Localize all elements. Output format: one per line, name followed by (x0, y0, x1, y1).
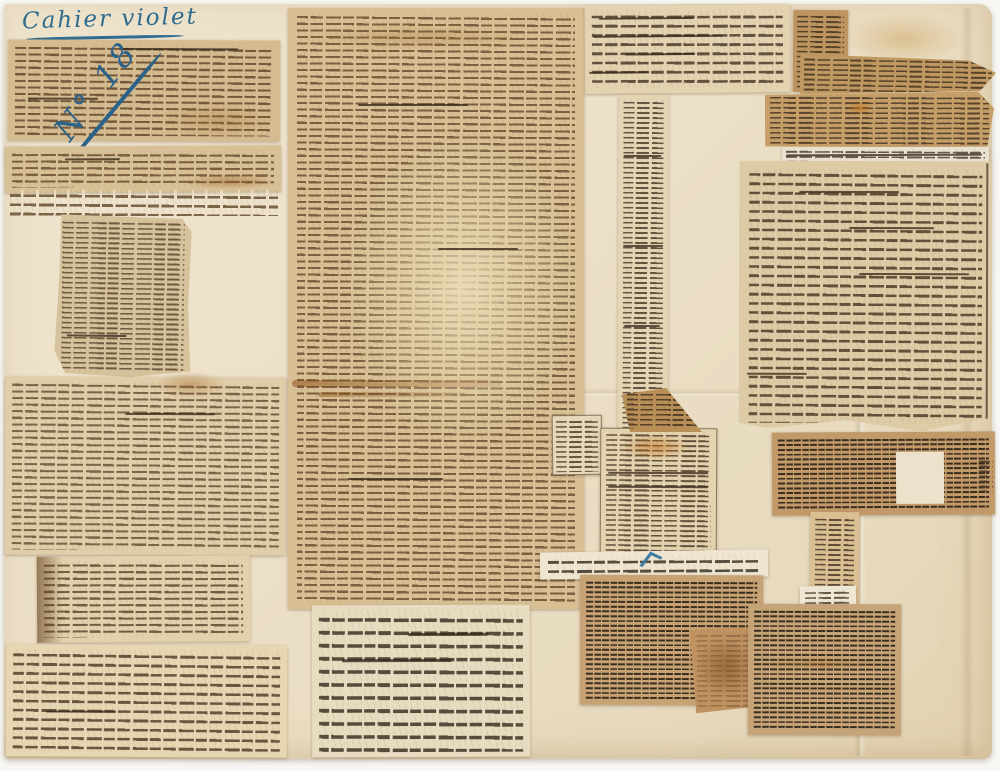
handwriting-texture (44, 560, 244, 637)
handwriting-texture (13, 649, 281, 752)
print-clipping-bottom (748, 604, 901, 736)
handwriting-texture (592, 9, 784, 89)
handwriting-texture (606, 432, 712, 555)
handwriting-texture (770, 94, 989, 145)
ink-frame-line (986, 163, 989, 422)
handwriting-texture (297, 14, 575, 603)
strikethrough-mark (342, 659, 452, 662)
fragment-central-sheet (288, 8, 584, 609)
print-texture (754, 608, 895, 731)
handwriting-texture (319, 610, 523, 753)
fragment-right-top-band (765, 91, 994, 148)
fragment-top-center-right-block (585, 4, 791, 94)
fragment-bottom-center-block (312, 605, 531, 758)
fragment-bottom-left-block (6, 644, 288, 757)
fragment-base-sheet-lines (10, 190, 278, 216)
fragment-small-framed-scrap (552, 415, 603, 476)
fragment-left-wide-block (5, 377, 287, 556)
handwriting-texture (61, 219, 185, 372)
handwriting-texture (804, 57, 992, 93)
manuscript-photo: { "page": { "description": "Manuscript s… (0, 0, 1000, 771)
handwriting-texture (749, 169, 983, 424)
fragment-left-small-block (37, 555, 251, 642)
fragment-torn-scrap-left (54, 214, 192, 377)
cutout-notch (896, 452, 944, 504)
handwriting-texture (556, 418, 599, 472)
margin-note-texture (979, 457, 993, 491)
print-texture (778, 435, 989, 511)
print-clipping-right (772, 431, 995, 515)
handwriting-texture (12, 150, 274, 187)
fragment-top-left-strip (5, 145, 281, 192)
handwriting-texture (805, 589, 851, 606)
fragment-right-main-block (739, 161, 993, 432)
fragment-framed-scrap (600, 428, 718, 559)
strikethrough-mark (408, 633, 488, 636)
handwriting-texture (12, 382, 280, 551)
